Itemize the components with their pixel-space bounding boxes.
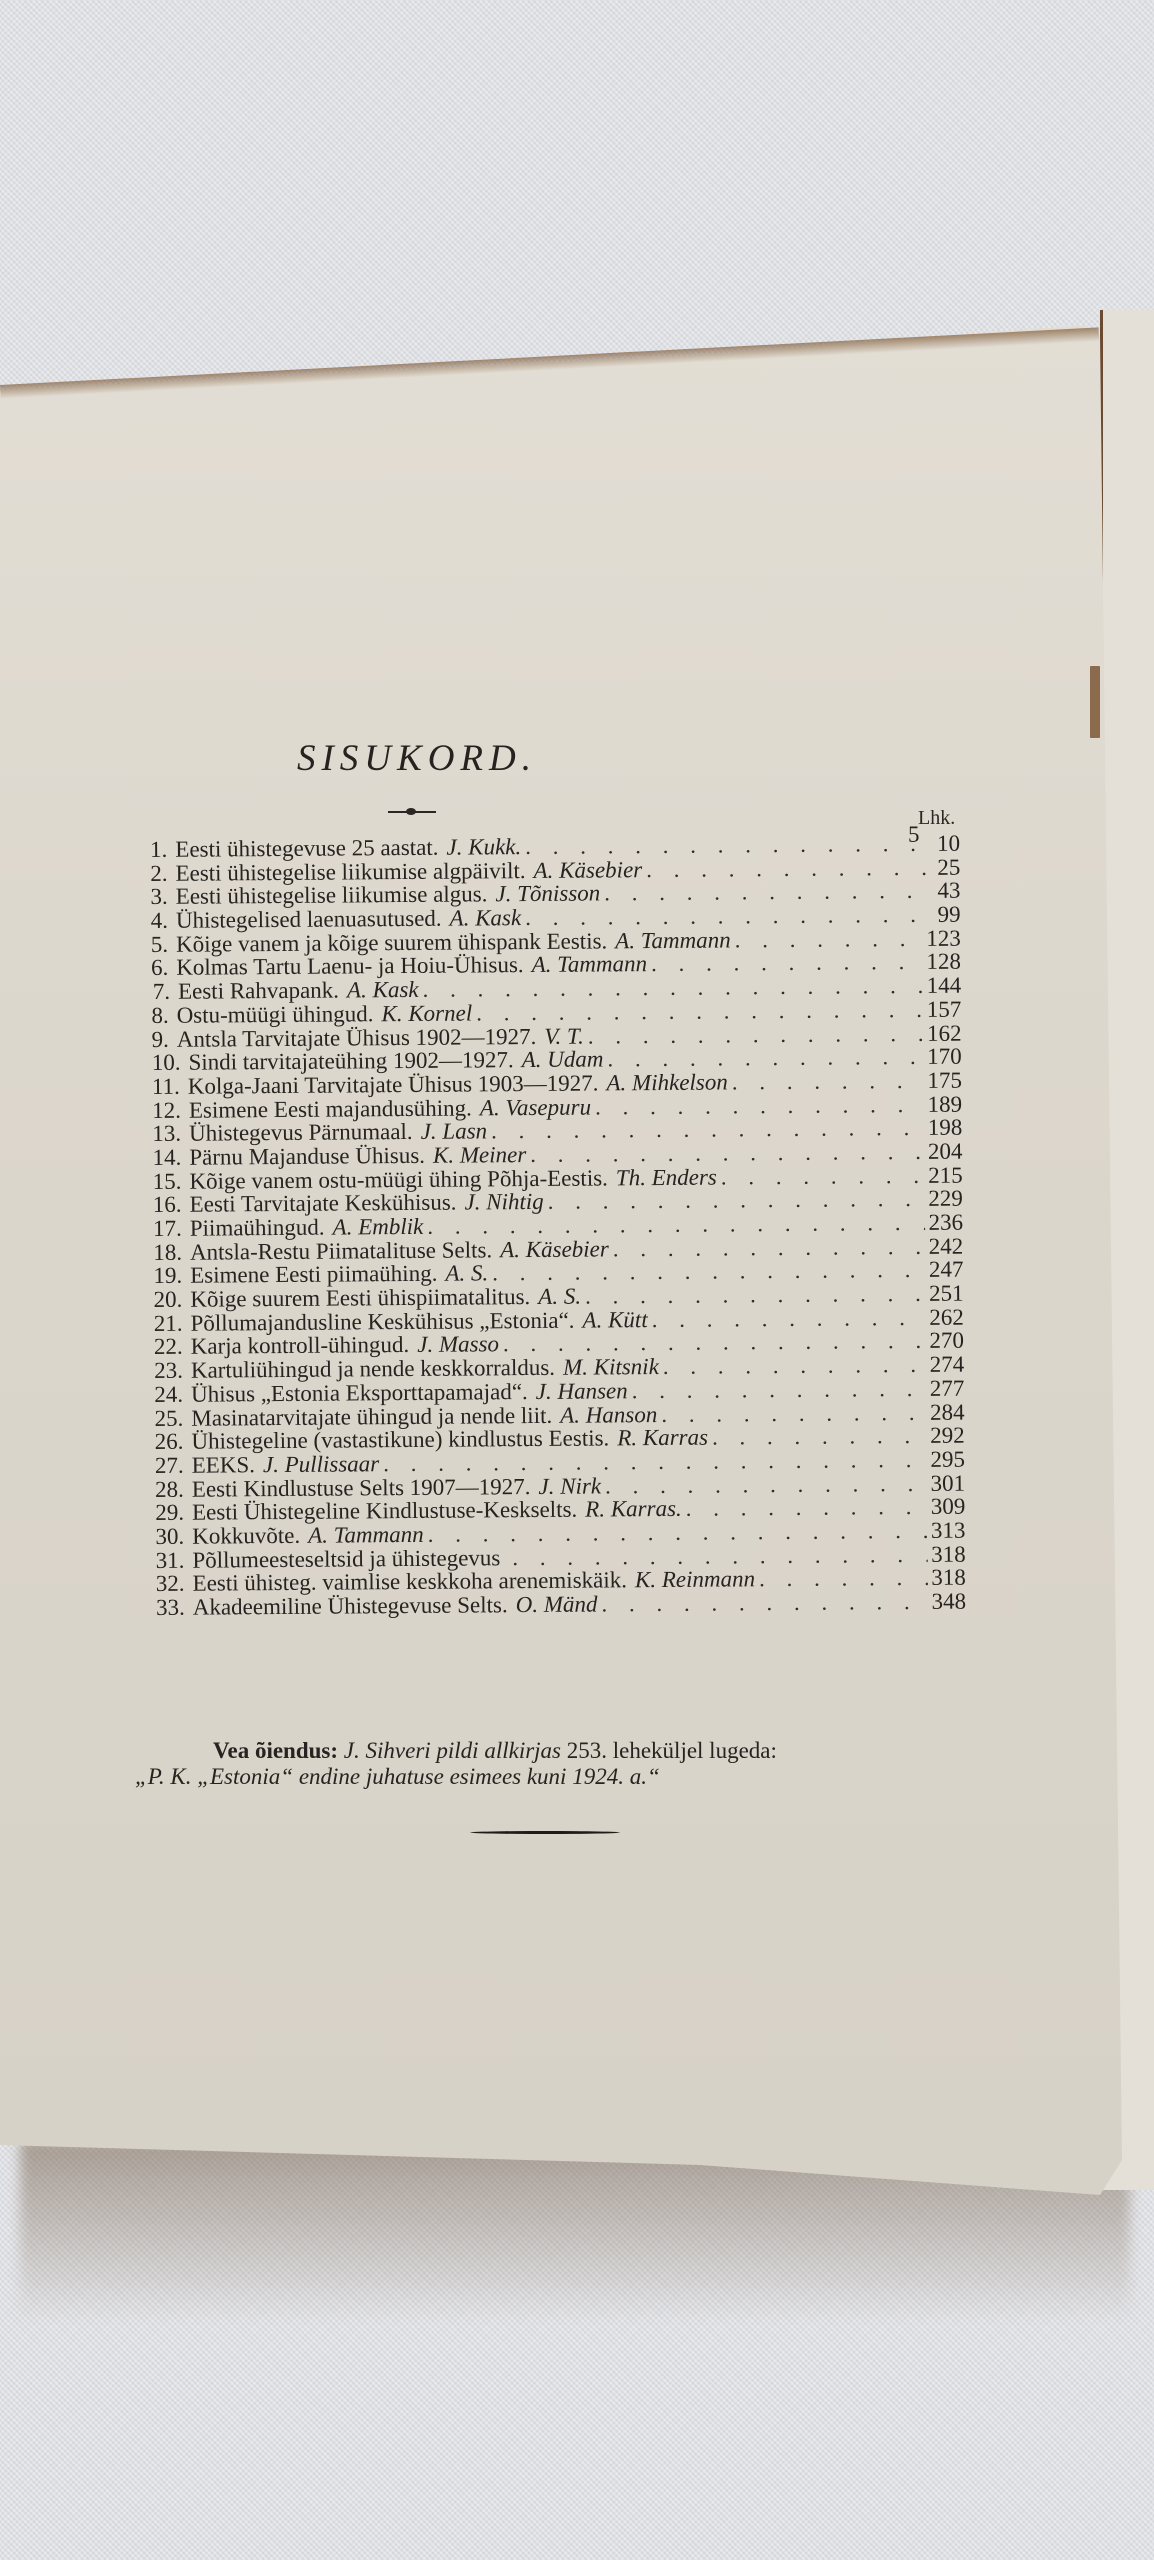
entry-page: 277 (930, 1376, 965, 1400)
entry-title: EEKS. (192, 1453, 255, 1477)
entry-author: A. Tammann (615, 928, 731, 953)
erratum-italic-2: „P. K. „Estonia“ endine juhatuse esimees… (135, 1764, 1015, 1790)
entry-author: A. Kask (450, 906, 522, 930)
leader-dots (525, 903, 934, 930)
entry-number: 33. (156, 1596, 193, 1620)
leader-dots (605, 1471, 927, 1497)
entry-author: K. Reinmann (635, 1568, 755, 1593)
entry-number: 28. (155, 1477, 192, 1501)
entry-number: 4. (151, 909, 176, 933)
entry-page: 262 (929, 1305, 964, 1329)
erratum-label: Vea õiendus: (213, 1738, 338, 1763)
entry-page: 144 (927, 974, 962, 998)
entry-author: J. Tõnisson (495, 882, 600, 907)
entry-page: 251 (929, 1282, 964, 1306)
entry-author: V. T. (544, 1024, 584, 1048)
entry-author: J. Hansen (536, 1379, 628, 1403)
erratum-note: Vea õiendus: J. Sihveri pildi allkirjas … (135, 1738, 1015, 1790)
leader-dots (548, 1187, 925, 1214)
entry-page: 309 (931, 1495, 966, 1519)
entry-number: 24. (154, 1383, 191, 1407)
leader-dots (661, 1400, 926, 1426)
entry-author: R. Karras (617, 1426, 708, 1450)
entry-number: 15. (153, 1169, 190, 1193)
entry-author: A. Udam (522, 1048, 604, 1072)
leader-dots (663, 1353, 926, 1379)
leader-dots (607, 1045, 923, 1071)
title-ornament-divider (388, 811, 436, 813)
leader-dots (721, 1164, 925, 1189)
entry-author: J. Nirk (538, 1474, 601, 1498)
entry-title: Eesti Rahvapank. (178, 979, 339, 1004)
leader-dots (503, 1329, 926, 1356)
leader-dots (613, 1235, 925, 1261)
entry-number: 6. (151, 956, 176, 980)
entry-page: 348 (931, 1590, 966, 1614)
bookmark-tab (1090, 666, 1100, 738)
leader-dots (632, 1377, 926, 1403)
entry-page: 229 (928, 1187, 963, 1211)
leader-dots (651, 950, 923, 976)
entry-page: 247 (929, 1258, 964, 1282)
entry-author: J. Pullissaar (263, 1452, 379, 1477)
entry-page: 284 (930, 1400, 965, 1424)
entry-title: Piimaühingud. (190, 1216, 325, 1241)
leader-dots (512, 1543, 927, 1570)
entry-number: 19. (153, 1264, 190, 1288)
entry-title: Kokkuvõte. (192, 1524, 300, 1549)
entry-author: J. Masso (417, 1333, 499, 1357)
entry-title: Kõige vanem ostu-müügi ühing Põhja-Eesti… (189, 1166, 608, 1193)
entry-number: 3. (150, 885, 175, 909)
erratum-text-1: 253. leheküljel lugeda: (567, 1738, 777, 1763)
entry-title: Pärnu Majanduse Ühisus. (189, 1144, 425, 1170)
entry-number: 31. (156, 1548, 193, 1572)
leader-dots (646, 856, 933, 882)
leader-dots (712, 1424, 926, 1449)
entry-page: 157 (927, 997, 962, 1021)
entry-number: 14. (152, 1146, 189, 1170)
entry-title: Eesti Ühistegeline Kindlustuse-Keskselts… (192, 1498, 577, 1525)
entry-author: K. Kornel (381, 1001, 472, 1025)
entry-number: 29. (155, 1501, 192, 1525)
leader-dots (595, 1092, 924, 1118)
entry-page: 198 (928, 1116, 963, 1140)
leader-dots (759, 1566, 927, 1591)
entry-author: M. Kitsnik (563, 1355, 659, 1379)
leader-dots (732, 1069, 924, 1094)
leader-dots (601, 1590, 927, 1616)
entry-number: 17. (153, 1217, 190, 1241)
entry-title: Eesti Tarvitajate Keskühisus. (190, 1191, 457, 1217)
entry-title: Ühistegevus Pärnumaal. (189, 1120, 413, 1145)
entry-author: A. S. (445, 1262, 488, 1286)
entry-title: Kolmas Tartu Laenu- ja Hoiu-Ühisus. (176, 954, 524, 980)
entry-page: 162 (927, 1021, 962, 1045)
entry-page: 25 (937, 855, 960, 879)
table-of-contents: 1.Eesti ühistegevuse 25 aastat.J. Kukk.1… (150, 832, 966, 1620)
entry-number: 25. (154, 1406, 191, 1430)
entry-author: J. Kukk. (446, 835, 521, 859)
entry-page: 242 (929, 1234, 964, 1258)
entry-title: Esimene Eesti piimaühing. (190, 1262, 437, 1288)
entry-author: A. S. (538, 1285, 581, 1309)
entry-author: J. Lasn (421, 1120, 488, 1144)
entry-page: 318 (931, 1542, 966, 1566)
entry-title: Akadeemiline Ühistegevuse Selts. (193, 1593, 508, 1619)
entry-title: Karja kontroll-ühingud. (191, 1333, 410, 1358)
entry-page: 236 (928, 1211, 963, 1235)
entry-number: 18. (153, 1240, 190, 1264)
entry-number: 23. (154, 1359, 191, 1383)
leader-dots (492, 1258, 925, 1285)
entry-number: 13. (152, 1122, 189, 1146)
entry-title: Ostu-müügi ühingud. (177, 1002, 374, 1027)
leader-dots (525, 832, 933, 859)
entry-page: 123 (926, 926, 961, 950)
entry-page: 292 (930, 1424, 965, 1448)
entry-author: Th. Enders (616, 1165, 717, 1189)
entry-page: 128 (926, 950, 961, 974)
entry-page: 270 (929, 1329, 964, 1353)
entry-number: 32. (156, 1572, 193, 1596)
entry-page: 170 (927, 1045, 962, 1069)
entry-page: 43 (937, 879, 960, 903)
entry-number: 30. (155, 1525, 192, 1549)
leader-dots (476, 998, 923, 1025)
leader-dots (585, 1282, 925, 1308)
entry-page: 301 (930, 1471, 965, 1495)
entry-number: 11. (152, 1075, 188, 1099)
entry-number: 8. (151, 1004, 176, 1028)
entry-author: J. Nihtig (464, 1190, 543, 1214)
entry-page: 189 (928, 1092, 963, 1116)
entry-number: 1. (150, 838, 175, 862)
entry-page: 318 (931, 1566, 966, 1590)
end-ornament-rule (470, 1831, 620, 1834)
entry-page: 10 (937, 832, 960, 856)
page-column-header: Lhk. (918, 807, 955, 830)
entry-number: 26. (155, 1430, 192, 1454)
entry-number: 12. (152, 1098, 189, 1122)
entry-number: 2. (150, 861, 175, 885)
page-title: SISUKORD. (0, 737, 994, 780)
entry-author: A. Käsebier (533, 858, 642, 883)
entry-page: 175 (927, 1069, 962, 1093)
entry-title: Ühisus „Estonia Eksporttapamajad“. (191, 1380, 528, 1406)
entry-author: A. Emblik (333, 1215, 424, 1239)
entry-page: 295 (930, 1447, 965, 1471)
entry-number: 21. (154, 1311, 191, 1335)
entry-title: Ühistegeline (vastastikune) kindlustus E… (191, 1427, 609, 1454)
entry-number: 5. (151, 933, 176, 957)
leader-dots (735, 927, 923, 952)
entry-page: 274 (930, 1353, 965, 1377)
leader-dots (604, 879, 933, 905)
entry-page: 313 (931, 1519, 966, 1543)
entry-author: A. Tammann (308, 1523, 424, 1548)
entry-number: 10. (152, 1051, 189, 1075)
entry-author: A. Hanson (560, 1403, 657, 1427)
entry-page: 99 (938, 903, 961, 927)
entry-author: A. Kask (347, 978, 419, 1002)
leader-dots (530, 1140, 924, 1167)
entry-author: A. Vasepuru (480, 1095, 591, 1120)
entry-title: Ühistegelised laenuasutused. (176, 907, 442, 933)
entry-author: A. Mihkelson (606, 1070, 728, 1095)
entry-number: 9. (151, 1027, 176, 1051)
leader-dots (686, 1495, 927, 1521)
entry-number: 7. (151, 980, 178, 1004)
entry-author: K. Meiner (433, 1143, 526, 1167)
entry-page: 204 (928, 1140, 963, 1164)
entry-author: R. Karras. (585, 1497, 682, 1521)
leader-dots (652, 1306, 926, 1332)
entry-author: A. Käsebier (500, 1237, 609, 1262)
entry-number: 27. (155, 1454, 192, 1478)
entry-author: O. Mänd (516, 1593, 598, 1617)
entry-page: 215 (928, 1163, 963, 1187)
leader-dots (588, 1021, 923, 1047)
entry-title: Põllumajandusline Keskühisus „Estonia“. (190, 1308, 574, 1335)
entry-author: A. Tammann (532, 953, 648, 978)
entry-number: 22. (154, 1335, 191, 1359)
erratum-italic-1: J. Sihveri pildi allkirjas (344, 1738, 561, 1763)
entry-number: 20. (154, 1288, 191, 1312)
entry-title: Eesti ühistegevuse 25 aastat. (175, 836, 438, 862)
entry-author: A. Kütt (582, 1308, 647, 1332)
entry-number: 16. (153, 1193, 190, 1217)
leader-dots (491, 1116, 924, 1143)
